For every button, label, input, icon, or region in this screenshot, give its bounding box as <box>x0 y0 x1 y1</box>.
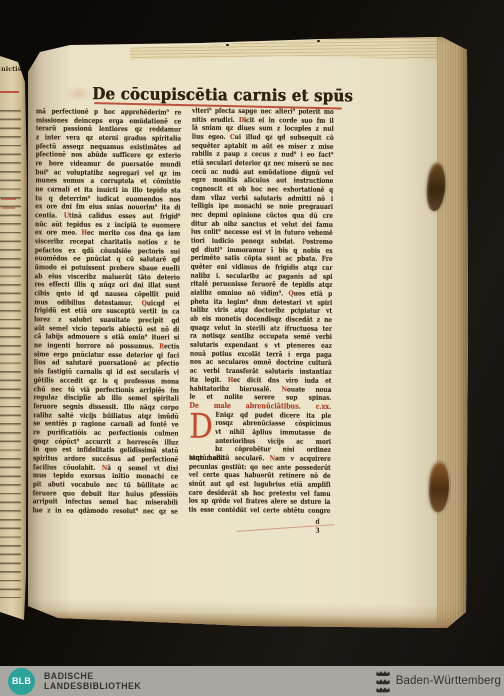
facing-page-sliver: nictis <box>0 56 27 620</box>
digitization-footer: BLB BADISCHE LANDESBIBLIOTHEK Baden-Würt… <box>0 666 504 696</box>
printed-text-block: De cōcupiscētia carnis et spūs mā perfec… <box>0 0 504 696</box>
library-name-line1: BADISCHE <box>44 671 141 682</box>
facing-page-red-underline <box>0 91 19 93</box>
left-column: mā perfectionē p hoc apprehēderim⁹ remis… <box>32 107 181 516</box>
state-name: Baden-Württemberg <box>396 675 501 687</box>
facing-page-rubric-mark <box>1 198 16 200</box>
library-name: BADISCHE LANDESBIBLIOTHEK <box>44 671 141 692</box>
facing-page-running-title-fragment: nictis <box>1 65 21 73</box>
text-line: tis esse contēdūt vel certe obtētu congr… <box>188 506 330 516</box>
digitized-book-photo: nictis De cōcupiscētia carnis et spūs mā… <box>0 0 504 696</box>
show-through-ghost <box>64 86 92 102</box>
facing-page-rubric-mark <box>2 207 15 209</box>
chapter-initial: D <box>189 411 214 445</box>
library-name-line2: LANDESBIBLIOTHEK <box>44 681 141 692</box>
state-branding: Baden-Württemberg <box>375 670 501 693</box>
right-column: vlteri⁹ pfecta sapge nec alteri⁹ poterit… <box>188 107 334 535</box>
library-branding: BLB BADISCHE LANDESBIBLIOTHEK <box>0 668 141 695</box>
facing-page-text-lines <box>0 110 21 598</box>
baden-wuerttemberg-coat-of-arms-icon <box>375 670 391 693</box>
book-page: De cōcupiscētia carnis et spūs mā perfec… <box>0 0 504 696</box>
blb-logo-text: BLB <box>12 676 31 686</box>
blb-logo: BLB <box>8 668 35 695</box>
text-line: lue z in ea qdāmodo resolut⁹ nec qz se <box>32 506 177 516</box>
